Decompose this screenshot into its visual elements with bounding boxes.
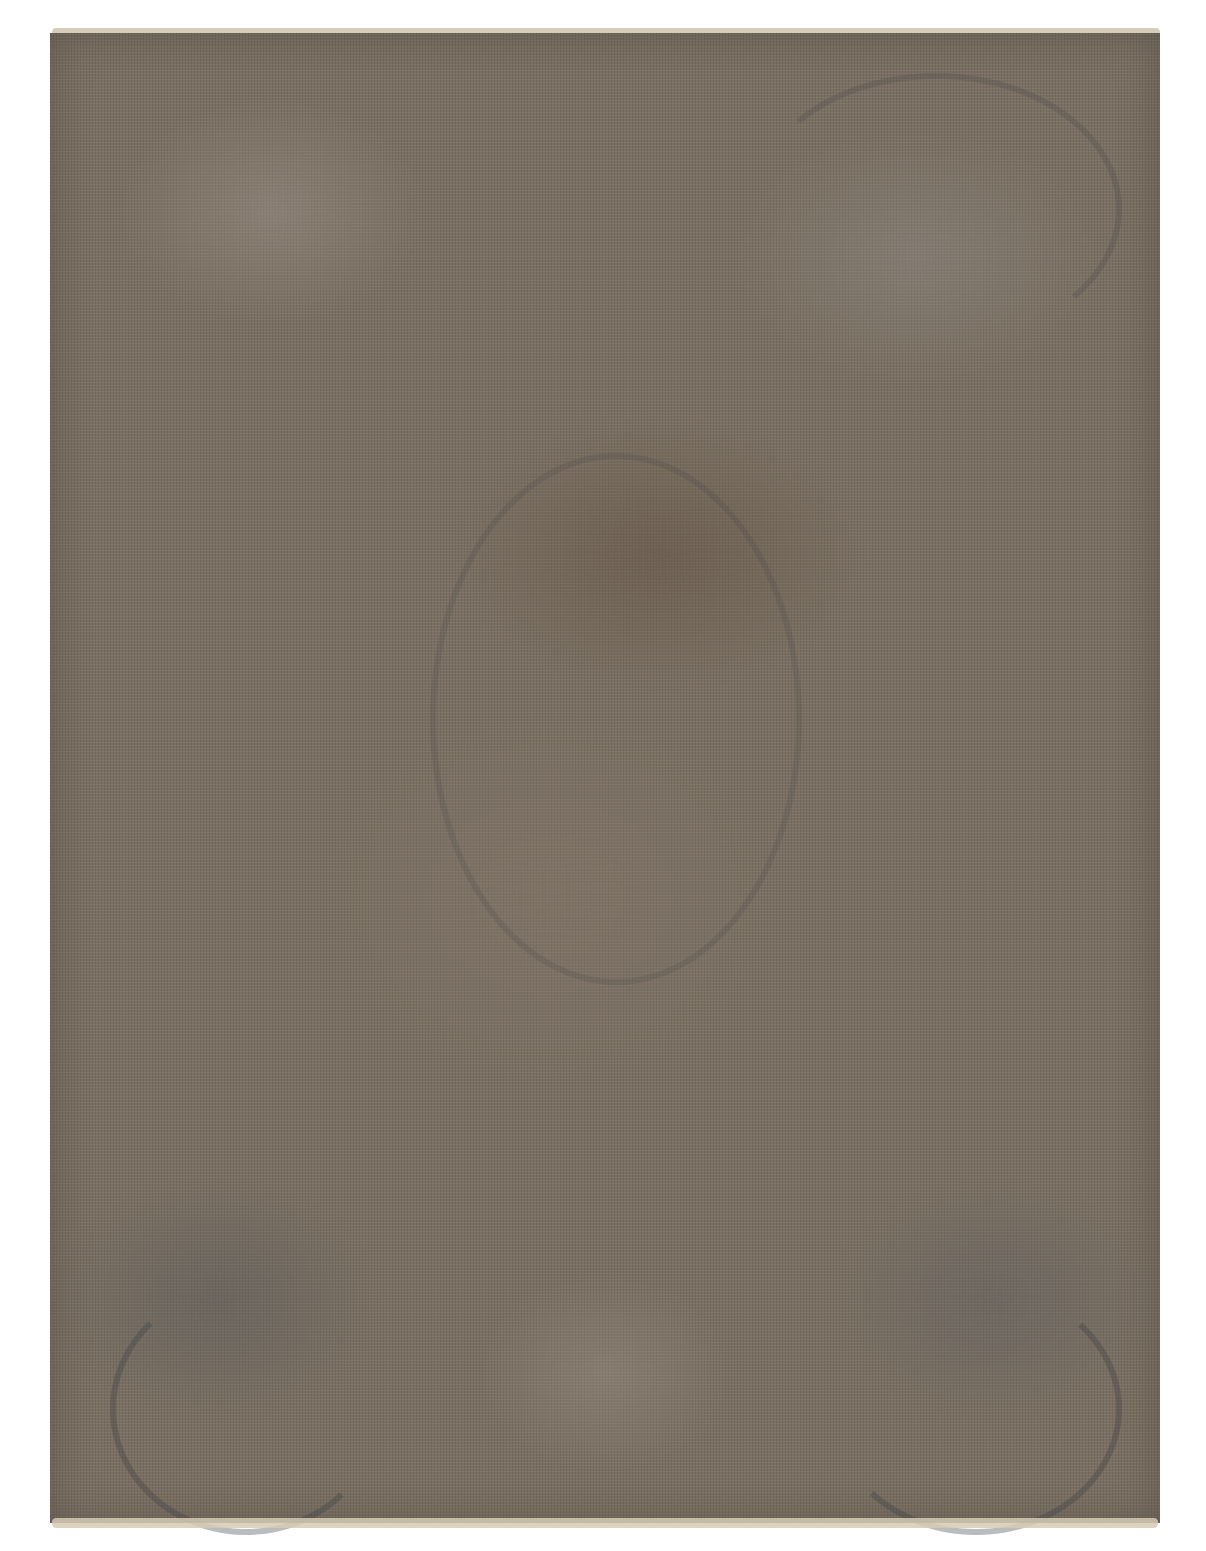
rug-motif (750, 73, 1122, 345)
rug-motif (430, 453, 802, 985)
rug-motif (830, 1283, 1122, 1535)
rug-fringe-bottom (52, 1518, 1158, 1528)
rug-motif (110, 1283, 382, 1535)
rug-field (50, 33, 1160, 1523)
